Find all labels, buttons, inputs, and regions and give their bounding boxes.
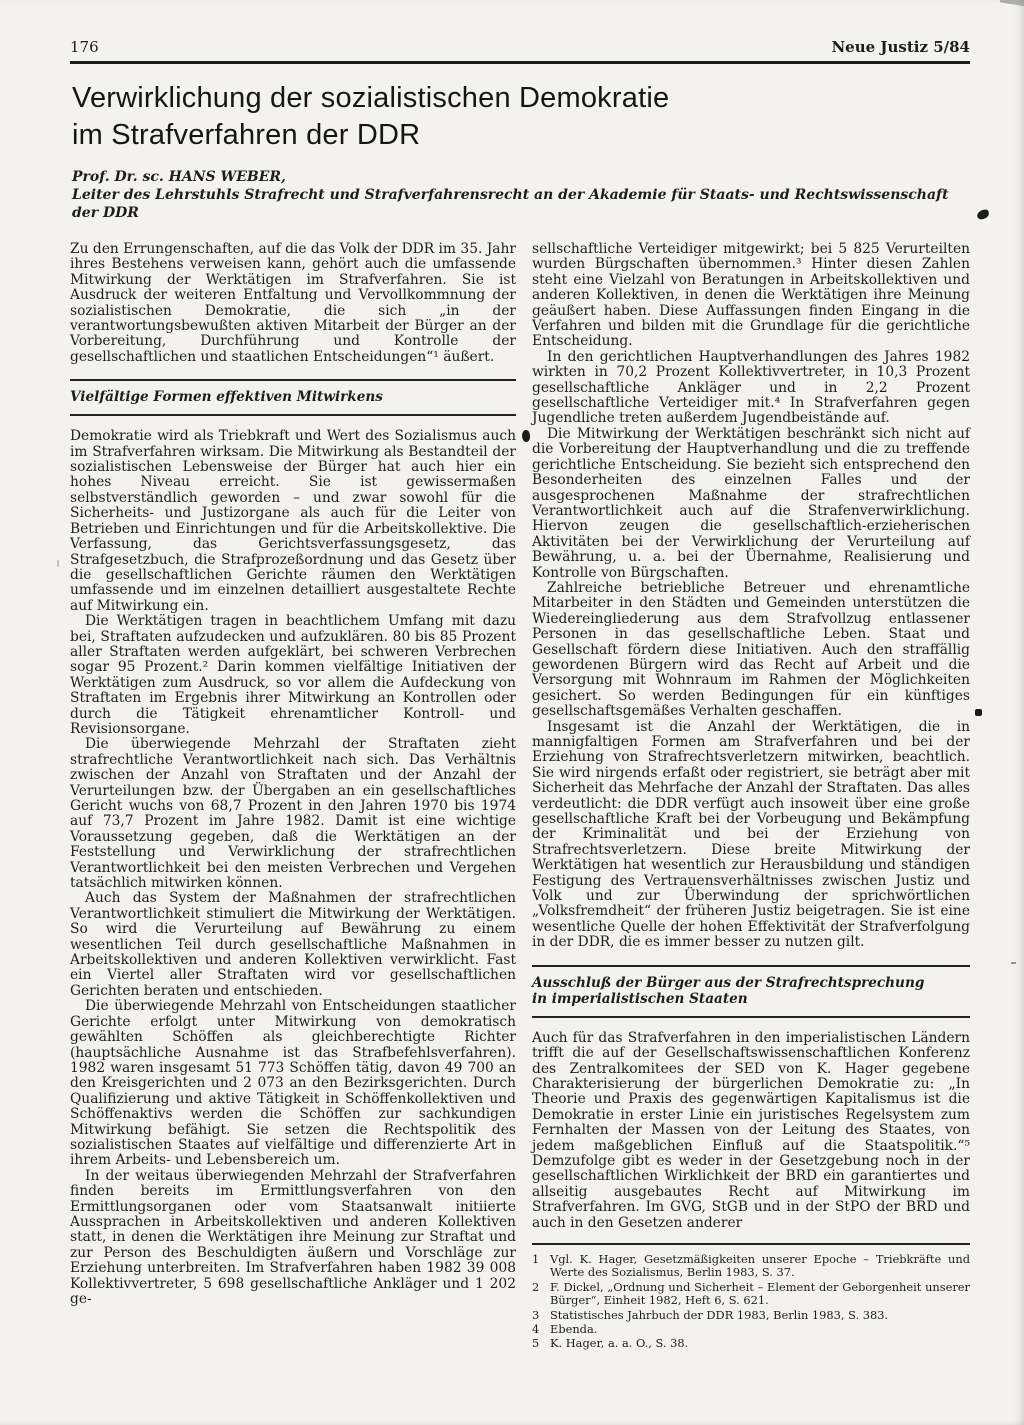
ink-speck-artifact <box>57 560 59 567</box>
footnote: 1 Vgl. K. Hager, Gesetzmäßigkeiten unser… <box>532 1253 970 1280</box>
article-title: Verwirklichung der sozialistischen Demok… <box>72 80 970 154</box>
continuation-paragraphs: sellschaftliche Verteidiger mitgewirkt; … <box>532 242 970 951</box>
section-heading-line1: Ausschluß der Bürger aus der Strafrechts… <box>532 975 970 991</box>
footnote-text: K. Hager, a. a. O., S. 38. <box>550 1337 970 1350</box>
page-header: 176 Neue Justiz 5/84 <box>70 38 970 64</box>
section-heading-ausschluss: Ausschluß der Bürger aus der Strafrechts… <box>532 965 970 1018</box>
paragraph: Auch für das Strafverfahren in den imper… <box>532 1031 970 1231</box>
footnote: 2 F. Dickel, „Ordnung und Sicherheit – E… <box>532 1281 970 1308</box>
author-name: Prof. Dr. sc. HANS WEBER, <box>72 168 970 186</box>
footnote: 4 Ebenda. <box>532 1323 970 1336</box>
footnote-number: 2 <box>532 1281 542 1308</box>
footnote: 3 Statistisches Jahrbuch der DDR 1983, B… <box>532 1309 970 1322</box>
footnote-number: 1 <box>532 1253 542 1280</box>
footnote-text: F. Dickel, „Ordnung und Sicherheit – Ele… <box>550 1281 970 1308</box>
ink-blob-artifact <box>522 430 530 442</box>
footnote-text: Ebenda. <box>550 1323 970 1336</box>
section2-paragraphs: Auch für das Strafverfahren in den imper… <box>532 1031 970 1231</box>
paragraph: Auch das System der Maßnahmen der strafr… <box>70 891 516 999</box>
footnote: 5 K. Hager, a. a. O., S. 38. <box>532 1337 970 1350</box>
footnotes: 1 Vgl. K. Hager, Gesetzmäßigkeiten unser… <box>532 1243 970 1351</box>
paragraph: Die überwiegende Mehrzahl der Straftaten… <box>70 737 516 891</box>
author-affiliation: Leiter des Lehrstuhls Strafrecht und Str… <box>72 186 970 222</box>
footnote-text: Statistisches Jahrbuch der DDR 1983, Ber… <box>550 1309 970 1322</box>
section1-paragraphs: Demokratie wird als Triebkraft und Wert … <box>70 429 516 1307</box>
right-column: sellschaftliche Verteidiger mitgewirkt; … <box>532 242 970 1352</box>
paragraph: Demokratie wird als Triebkraft und Wert … <box>70 429 516 614</box>
left-column: Zu den Errungenschaften, auf die das Vol… <box>70 242 516 1307</box>
paragraph: Insgesamt ist die Anzahl der Werktätigen… <box>532 720 970 951</box>
section-heading-line2: in imperialistischen Staaten <box>532 991 970 1007</box>
paragraph: Zahlreiche betriebliche Betreuer und ehr… <box>532 581 970 720</box>
footnote-number: 5 <box>532 1337 542 1350</box>
paragraph: In der weitaus überwiegenden Mehrzahl de… <box>70 1169 516 1308</box>
section-heading-mitwirkens: Vielfältige Formen effektiven Mitwirkens <box>70 379 516 416</box>
paragraph: Die Werktätigen tragen in beachtlichem U… <box>70 614 516 737</box>
article-title-line1: Verwirklichung der sozialistischen Demok… <box>72 80 970 117</box>
intro-paragraphs: Zu den Errungenschaften, auf die das Vol… <box>70 242 516 365</box>
paragraph: Zu den Errungenschaften, auf die das Vol… <box>70 242 516 365</box>
article-title-line2: im Strafverfahren der DDR <box>72 117 970 154</box>
journal-issue-label: Neue Justiz 5/84 <box>831 38 970 56</box>
author-block: Prof. Dr. sc. HANS WEBER, Leiter des Leh… <box>72 168 970 222</box>
footnote-number: 4 <box>532 1323 542 1336</box>
ink-blob-artifact <box>975 709 982 716</box>
paragraph: In den gerichtlichen Hauptverhandlungen … <box>532 350 970 427</box>
footnote-text: Vgl. K. Hager, Gesetzmäßigkeiten unserer… <box>550 1253 970 1280</box>
paragraph: sellschaftliche Verteidiger mitgewirkt; … <box>532 242 970 350</box>
page-number: 176 <box>70 38 99 56</box>
article-body: Zu den Errungenschaften, auf die das Vol… <box>70 242 970 1352</box>
paragraph: Die Mitwirkung der Werktätigen beschränk… <box>532 427 970 581</box>
ink-speck-artifact <box>1011 962 1016 964</box>
paragraph: Die überwiegende Mehrzahl von Entscheidu… <box>70 999 516 1168</box>
journal-page: 176 Neue Justiz 5/84 Verwirklichung der … <box>0 0 1024 1425</box>
footnote-number: 3 <box>532 1309 542 1322</box>
